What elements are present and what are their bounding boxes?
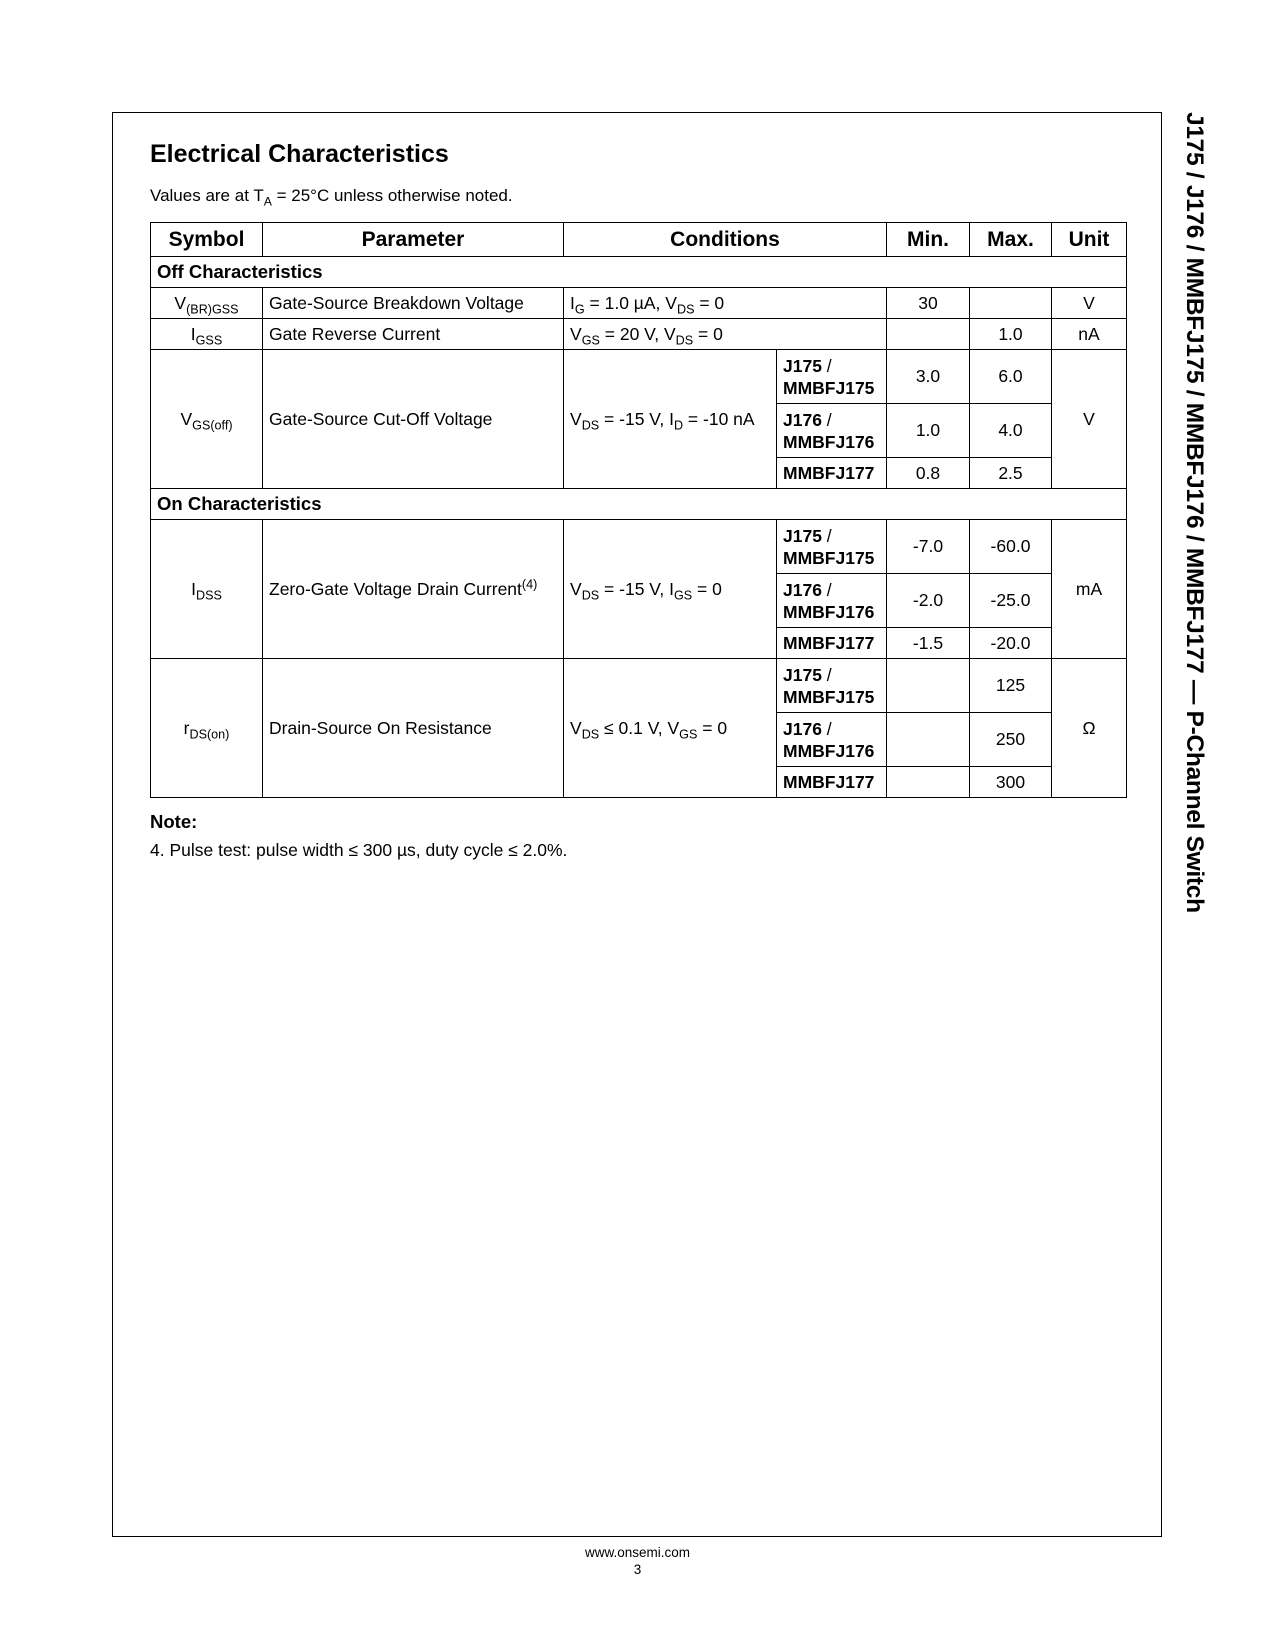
section-title-on: On Characteristics: [151, 489, 1127, 520]
header-parameter: Parameter: [263, 223, 564, 257]
note-heading: Note:: [150, 811, 197, 833]
device-cell: MMBFJ177: [777, 767, 887, 798]
parameter-cell: Gate-Source Cut-Off Voltage: [263, 350, 564, 489]
footnote-ref: (4): [522, 577, 537, 591]
device-cell: J176 /MMBFJ176: [777, 404, 887, 458]
symbol-cell: V(BR)GSS: [151, 288, 263, 319]
max-cell: -60.0: [970, 520, 1052, 574]
table-row: IDSS Zero-Gate Voltage Drain Current(4) …: [151, 520, 1127, 574]
header-max: Max.: [970, 223, 1052, 257]
device-cell: J175 /MMBFJ175: [777, 520, 887, 574]
table-row: VGS(off) Gate-Source Cut-Off Voltage VDS…: [151, 350, 1127, 404]
device-cell: MMBFJ177: [777, 458, 887, 489]
max-cell: 4.0: [970, 404, 1052, 458]
min-cell: 1.0: [887, 404, 970, 458]
section-row-on: On Characteristics: [151, 489, 1127, 520]
parameter-cell: Gate-Source Breakdown Voltage: [263, 288, 564, 319]
max-cell: -25.0: [970, 574, 1052, 628]
conditions-cell: IG = 1.0 µA, VDS = 0: [564, 288, 887, 319]
max-cell: 250: [970, 713, 1052, 767]
min-cell: [887, 319, 970, 350]
min-cell: -1.5: [887, 628, 970, 659]
max-cell: 125: [970, 659, 1052, 713]
header-unit: Unit: [1052, 223, 1127, 257]
device-cell: J175 /MMBFJ175: [777, 350, 887, 404]
max-cell: 1.0: [970, 319, 1052, 350]
min-cell: [887, 713, 970, 767]
min-cell: [887, 767, 970, 798]
max-cell: 6.0: [970, 350, 1052, 404]
section-row-off: Off Characteristics: [151, 257, 1127, 288]
max-cell: [970, 288, 1052, 319]
min-cell: -2.0: [887, 574, 970, 628]
page-number: 3: [0, 1562, 1275, 1577]
section-title-off: Off Characteristics: [151, 257, 1127, 288]
min-cell: 0.8: [887, 458, 970, 489]
device-cell: MMBFJ177: [777, 628, 887, 659]
conditions-note: Values are at TA = 25°C unless otherwise…: [150, 186, 513, 206]
device-cell: J176 /MMBFJ176: [777, 713, 887, 767]
max-cell: 300: [970, 767, 1052, 798]
parameter-cell: Zero-Gate Voltage Drain Current(4): [263, 520, 564, 659]
symbol-cell: VGS(off): [151, 350, 263, 489]
min-cell: [887, 659, 970, 713]
header-conditions: Conditions: [564, 223, 887, 257]
header-min: Min.: [887, 223, 970, 257]
unit-cell: Ω: [1052, 659, 1127, 798]
header-symbol: Symbol: [151, 223, 263, 257]
symbol-cell: rDS(on): [151, 659, 263, 798]
section-title: Electrical Characteristics: [150, 140, 449, 169]
table-row: IGSS Gate Reverse Current VGS = 20 V, VD…: [151, 319, 1127, 350]
unit-cell: V: [1052, 288, 1127, 319]
unit-cell: mA: [1052, 520, 1127, 659]
table-header-row: Symbol Parameter Conditions Min. Max. Un…: [151, 223, 1127, 257]
footer-website: www.onsemi.com: [0, 1545, 1275, 1560]
conditions-cell: VDS = -15 V, IGS = 0: [564, 520, 777, 659]
device-cell: J175 /MMBFJ175: [777, 659, 887, 713]
note-item: 4. Pulse test: pulse width ≤ 300 µs, dut…: [150, 840, 567, 861]
conditions-cell: VDS = -15 V, ID = -10 nA: [564, 350, 777, 489]
unit-cell: V: [1052, 350, 1127, 489]
max-cell: 2.5: [970, 458, 1052, 489]
min-cell: 30: [887, 288, 970, 319]
conditions-cell: VDS ≤ 0.1 V, VGS = 0: [564, 659, 777, 798]
max-cell: -20.0: [970, 628, 1052, 659]
min-cell: -7.0: [887, 520, 970, 574]
parameter-cell: Gate Reverse Current: [263, 319, 564, 350]
symbol-cell: IDSS: [151, 520, 263, 659]
symbol-cell: IGSS: [151, 319, 263, 350]
parameter-cell: Drain-Source On Resistance: [263, 659, 564, 798]
table-row: V(BR)GSS Gate-Source Breakdown Voltage I…: [151, 288, 1127, 319]
min-cell: 3.0: [887, 350, 970, 404]
conditions-cell: VGS = 20 V, VDS = 0: [564, 319, 887, 350]
unit-cell: nA: [1052, 319, 1127, 350]
device-cell: J176 /MMBFJ176: [777, 574, 887, 628]
side-title: J175 / J176 / MMBFJ175 / MMBFJ176 / MMBF…: [1176, 112, 1216, 952]
electrical-characteristics-table: Symbol Parameter Conditions Min. Max. Un…: [150, 222, 1127, 798]
table-row: rDS(on) Drain-Source On Resistance VDS ≤…: [151, 659, 1127, 713]
